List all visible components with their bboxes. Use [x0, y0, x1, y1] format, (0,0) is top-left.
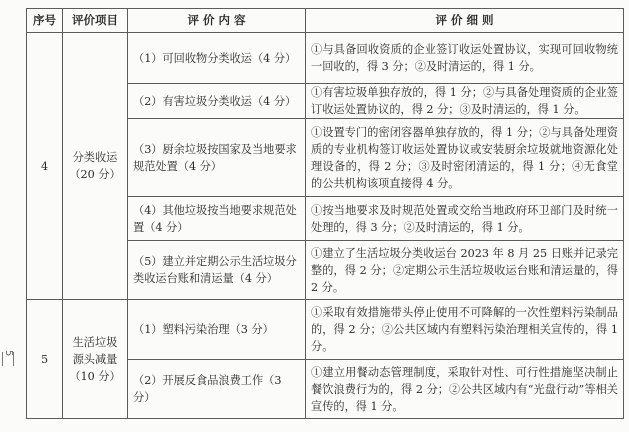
row-number: 5	[27, 300, 63, 419]
detail-cell: ①有害垃圾单独存放的，得 1 分；②与具备处理资质的企业签订收运处置协议的，得 …	[306, 84, 624, 119]
content-cell: （2）有害垃圾分类收运（4 分）	[128, 84, 306, 119]
content-cell: （5）建立并定期公示生活垃圾分类收运台账和清运量（4 分）	[128, 241, 306, 300]
header-content: 评 价 内 容	[128, 9, 306, 33]
page-number-text: 5	[3, 350, 14, 356]
header-seq: 序号	[27, 9, 63, 33]
category-name-line2: 源头减量	[68, 351, 122, 368]
row-number: 4	[27, 33, 63, 300]
category-cell: 生活垃圾 源头减量 （10 分）	[63, 300, 128, 419]
category-cell: 分类收运 （20 分）	[63, 33, 128, 300]
category-score: （20 分）	[68, 166, 122, 183]
table-header-row: 序号 评价项目 评 价 内 容 评 价 细 则	[27, 9, 624, 33]
detail-cell: ①按当地要求及时规范处置或交给当地政府环卫部门及时统一处理的，得 3 分；②及时…	[306, 197, 624, 241]
header-item: 评价项目	[63, 9, 128, 33]
detail-cell: ①设置专门的密闭容器单独存放的，得 1 分；②与具备处理资质的专业机构签订收运处…	[306, 119, 624, 197]
table-row: 4 分类收运 （20 分） （1）可回收物分类收运（4 分） ①与具备回收资质的…	[27, 33, 624, 84]
content-cell: （1）可回收物分类收运（4 分）	[128, 33, 306, 84]
content-cell: （2）开展反食品浪费工作（3 分）	[128, 360, 306, 419]
content-cell: （4）其他垃圾按当地要求规范处置（4 分）	[128, 197, 306, 241]
category-name: 分类收运	[68, 149, 122, 166]
category-name-line1: 生活垃圾	[68, 334, 122, 351]
category-score: （10 分）	[68, 368, 122, 385]
detail-cell: ①采取有效措施带头停止使用不可降解的一次性塑料污染制品的，得 2 分；②公共区域…	[306, 300, 624, 360]
evaluation-table: 序号 评价项目 评 价 内 容 评 价 细 则 4 分类收运 （20 分） （1…	[26, 8, 624, 419]
page-number: 5	[4, 350, 14, 368]
detail-cell: ①建立用餐动态管理制度，采取针对性、可行性措施坚决制止餐饮浪费行为的，得 2 分…	[306, 360, 624, 419]
content-cell: （1）塑料污染治理（3 分）	[128, 300, 306, 360]
content-cell: （3）厨余垃圾按国家及当地要求规范处置（4 分）	[128, 119, 306, 197]
table-row: 5 生活垃圾 源头减量 （10 分） （1）塑料污染治理（3 分） ①采取有效措…	[27, 300, 624, 360]
detail-cell: ①建立了生活垃圾分类收运台 2023 年 8 月 25 日账并记录完整的，得 2…	[306, 241, 624, 300]
header-detail: 评 价 细 则	[306, 9, 624, 33]
detail-cell: ①与具备回收资质的企业签订收运处置协议，实现可回收物统一回收的，得 3 分；②及…	[306, 33, 624, 84]
